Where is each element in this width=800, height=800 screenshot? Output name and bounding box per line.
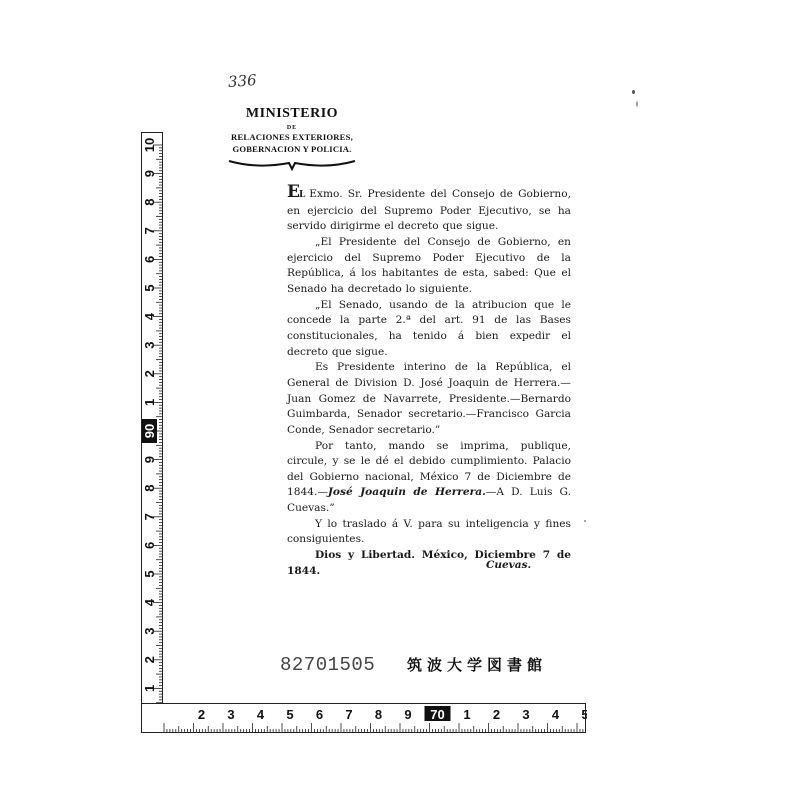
header-line-1: RELACIONES EXTERIORES, (224, 131, 360, 143)
svg-text:3: 3 (227, 707, 234, 722)
vertical-ruler-ticks: 10987654321909876543210 (142, 133, 164, 733)
svg-text:5: 5 (142, 570, 157, 577)
svg-text:5: 5 (142, 284, 157, 291)
horizontal-ruler-ticks: 234567897012345 (142, 704, 587, 734)
svg-text:7: 7 (142, 227, 157, 234)
svg-text:1: 1 (463, 707, 470, 722)
svg-text:2: 2 (142, 370, 157, 377)
library-stamp: 筑波大学図書館 (407, 654, 547, 675)
scan-speck (636, 101, 638, 107)
svg-text:6: 6 (142, 256, 157, 263)
svg-text:4: 4 (142, 312, 157, 320)
header-title: MINISTERIO (224, 106, 360, 122)
decree-body: ELExmo. Sr. Presidente del Consejo de Go… (287, 185, 571, 579)
paragraph-4: Es Presidente interino de la República, … (287, 360, 571, 438)
scan-speck (584, 520, 586, 522)
svg-text:3: 3 (522, 707, 529, 722)
svg-text:4: 4 (257, 707, 265, 722)
paragraph-6: Y lo traslado á V. para su inteligencia … (287, 517, 571, 548)
svg-text:8: 8 (142, 199, 157, 206)
svg-text:9: 9 (142, 170, 157, 177)
svg-text:4: 4 (142, 598, 157, 606)
svg-text:9: 9 (142, 456, 157, 463)
svg-text:90: 90 (142, 424, 157, 438)
svg-text:9: 9 (404, 707, 411, 722)
flourish-ornament (227, 157, 357, 171)
svg-text:7: 7 (142, 513, 157, 520)
svg-text:8: 8 (142, 485, 157, 492)
svg-text:2: 2 (493, 707, 500, 722)
paragraph-2: „El Presidente del Consejo de Gobierno, … (287, 235, 571, 298)
svg-text:1: 1 (142, 399, 157, 406)
handwritten-page-number: 336 (227, 71, 257, 91)
svg-text:8: 8 (375, 707, 382, 722)
svg-text:3: 3 (142, 342, 157, 349)
ministry-header: MINISTERIO DE RELACIONES EXTERIORES, GOB… (224, 106, 360, 171)
svg-text:10: 10 (142, 138, 157, 152)
svg-text:5: 5 (286, 707, 293, 722)
svg-text:5: 5 (581, 707, 587, 722)
svg-text:3: 3 (142, 628, 157, 635)
signature: Cuevas. (486, 559, 531, 571)
svg-text:7: 7 (345, 707, 352, 722)
catalog-number: 82701505 (280, 654, 375, 676)
svg-text:1: 1 (142, 685, 157, 692)
drop-cap: E (287, 182, 299, 202)
horizontal-scale-ruler: 234567897012345 (141, 703, 586, 733)
herrera-name: José Joaquin de Herrera. (328, 486, 486, 498)
paragraph-1: ELExmo. Sr. Presidente del Consejo de Go… (287, 185, 571, 235)
svg-text:6: 6 (316, 707, 323, 722)
paragraph-3: „El Senado, usando de la atribucion que … (287, 298, 571, 361)
vertical-scale-ruler: 10987654321909876543210 (141, 132, 163, 732)
svg-text:70: 70 (430, 707, 444, 722)
header-line-2: GOBERNACION Y POLICIA. (224, 143, 360, 155)
svg-text:2: 2 (198, 707, 205, 722)
scan-speck (632, 90, 635, 94)
svg-text:4: 4 (552, 707, 560, 722)
svg-text:2: 2 (142, 656, 157, 663)
svg-text:6: 6 (142, 542, 157, 549)
paragraph-5: Por tanto, mando se imprima, publique, c… (287, 439, 571, 517)
